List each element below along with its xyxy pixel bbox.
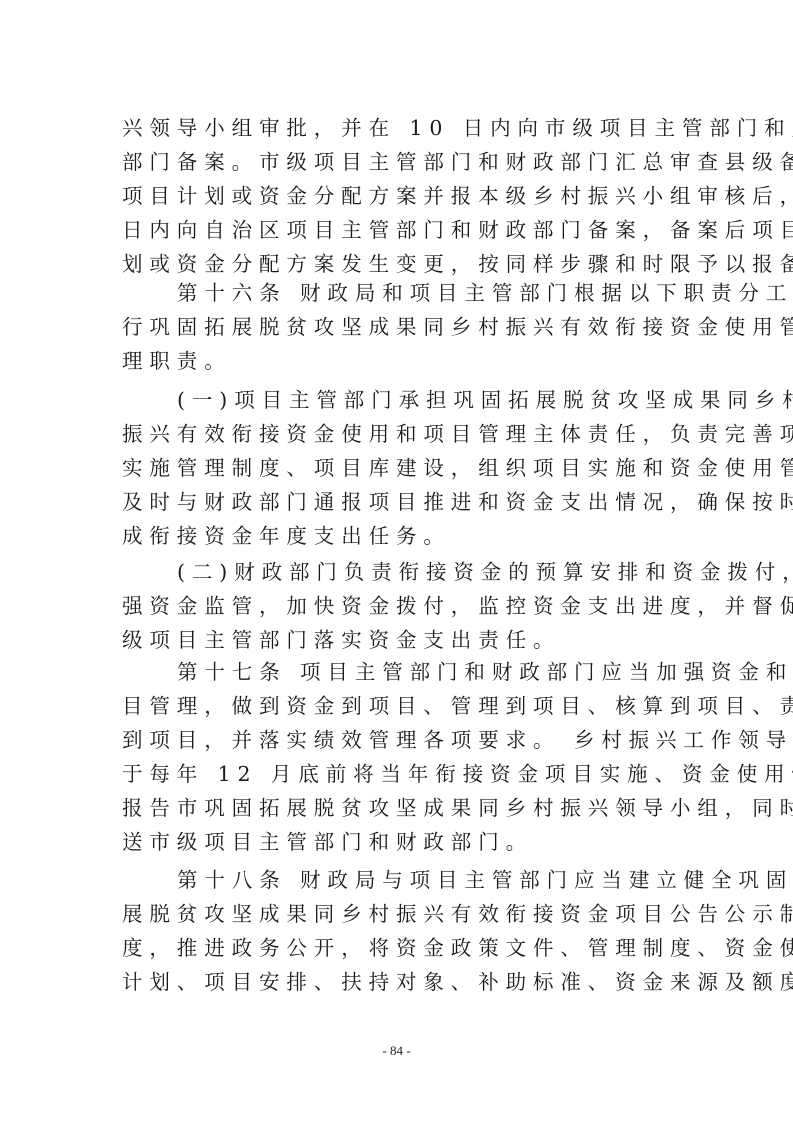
- paragraph-article-16-item-1: (一)项目主管部门承担巩固拓展脱贫攻坚成果同乡村 振兴有效衔接资金使用和项目管理…: [122, 383, 674, 553]
- text-line: 度，推进政务公开，将资金政策文件、管理制度、资金使用: [122, 931, 674, 965]
- text-line: 报告市巩固拓展脱贫攻坚成果同乡村振兴领导小组，同时抄: [122, 791, 674, 825]
- article-heading-line: 第十八条 财政局与项目主管部门应当建立健全巩固拓: [122, 863, 674, 897]
- text-line: 及时与财政部门通报项目推进和资金支出情况，确保按时完: [122, 485, 674, 519]
- paragraph-article-16-item-2: (二)财政部门负责衔接资金的预算安排和资金拨付，加 强资金监管，加快资金拨付，监…: [122, 555, 674, 657]
- document-page: 兴领导小组审批，并在 10 日内向市级项目主管部门和财政 部门备案。市级项目主管…: [0, 0, 793, 1122]
- article-heading-line: 第十七条 项目主管部门和财政部门应当加强资金和项: [122, 655, 674, 689]
- text-line: 部门备案。市级项目主管部门和财政部门汇总审查县级备案: [122, 145, 674, 179]
- text-line: 于每年 12 月底前将当年衔接资金项目实施、资金使用情况: [122, 757, 674, 791]
- article-heading-line: 第十六条 财政局和项目主管部门根据以下职责分工履: [122, 276, 674, 310]
- text-line: (一)项目主管部门承担巩固拓展脱贫攻坚成果同乡村: [122, 383, 674, 417]
- text-line: (二)财政部门负责衔接资金的预算安排和资金拨付，加: [122, 555, 674, 589]
- text-line: 展脱贫攻坚成果同乡村振兴有效衔接资金项目公告公示制: [122, 897, 674, 931]
- paragraph-article-18: 第十八条 财政局与项目主管部门应当建立健全巩固拓 展脱贫攻坚成果同乡村振兴有效衔…: [122, 863, 674, 999]
- text-line: 到项目，并落实绩效管理各项要求。 乡村振兴工作领导小组: [122, 723, 674, 757]
- paragraph-article-17: 第十七条 项目主管部门和财政部门应当加强资金和项 目管理，做到资金到项目、管理到…: [122, 655, 674, 859]
- text-line: 成衔接资金年度支出任务。: [122, 519, 674, 553]
- text-line: 项目计划或资金分配方案并报本级乡村振兴小组审核后，10: [122, 179, 674, 213]
- text-line: 行巩固拓展脱贫攻坚成果同乡村振兴有效衔接资金使用管: [122, 310, 674, 344]
- text-line: 级项目主管部门落实资金支出责任。: [122, 623, 674, 657]
- paragraph-continuation: 兴领导小组审批，并在 10 日内向市级项目主管部门和财政 部门备案。市级项目主管…: [122, 111, 674, 281]
- text-line: 目管理，做到资金到项目、管理到项目、核算到项目、责任: [122, 689, 674, 723]
- text-line: 理职责。: [122, 344, 674, 378]
- paragraph-article-16: 第十六条 财政局和项目主管部门根据以下职责分工履 行巩固拓展脱贫攻坚成果同乡村振…: [122, 276, 674, 378]
- text-line: 强资金监管，加快资金拨付，监控资金支出进度，并督促同: [122, 589, 674, 623]
- text-line: 计划、项目安排、扶持对象、补助标准、资金来源及额度等: [122, 965, 674, 999]
- text-line: 兴领导小组审批，并在 10 日内向市级项目主管部门和财政: [122, 111, 674, 145]
- page-number: - 84 -: [0, 1043, 793, 1059]
- text-line: 实施管理制度、项目库建设，组织项目实施和资金使用管理，: [122, 451, 674, 485]
- text-line: 送市级项目主管部门和财政部门。: [122, 825, 674, 859]
- text-line: 日内向自治区项目主管部门和财政部门备案，备案后项目计: [122, 213, 674, 247]
- text-line: 振兴有效衔接资金使用和项目管理主体责任，负责完善项目: [122, 417, 674, 451]
